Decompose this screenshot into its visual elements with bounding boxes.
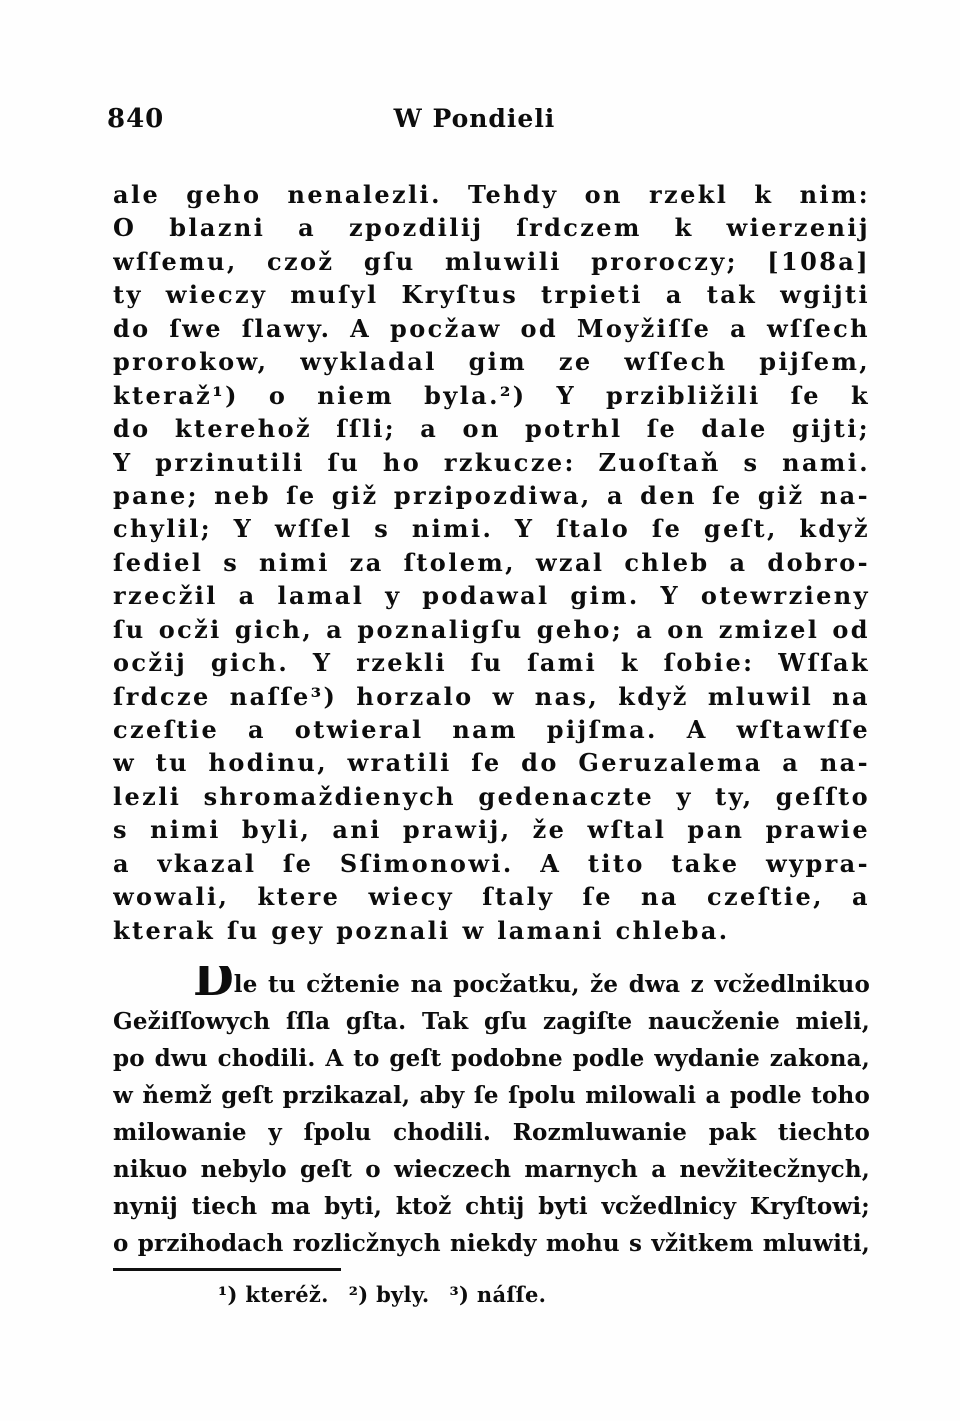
commentary-lines: Gežiſſowych ſſla gſta. Tak gſu zagiſte n…	[113, 1003, 870, 1262]
text-line: ale geho nenalezli. Tehdy on rzekl k nim…	[113, 178, 870, 211]
text-line: kterak ſu gey poznali w lamani chleba.	[113, 914, 870, 947]
text-line: ſediel s nimi za ſtolem, wzal chleb a do…	[113, 546, 870, 579]
text-line: wſſemu, czož gſu mluwili proroczy; [108a…	[113, 245, 870, 278]
text-line: chylil; Y wſſel s nimi. Y ſtalo ſe geſt,…	[113, 512, 870, 545]
first-line-text: le tu cžtenie na pocžatku, že dwa z vcže…	[234, 971, 870, 998]
text-line: O blazni a zpozdilij ſrdczem k wierzenij	[113, 211, 870, 244]
footnotes: ¹) kteréž.²) byly.³) náſſe.	[218, 1280, 778, 1310]
text-line: Y przinutili ſu ho rzkucze: Zuoſtaň s na…	[113, 446, 870, 479]
text-line: kteraž¹) o niem byla.²) Y przibližili ſe…	[113, 379, 870, 412]
text-line: nynij tiech ma byti, ktož chtij byti vcž…	[113, 1188, 870, 1225]
running-title: W Pondieli	[113, 104, 836, 133]
footnote: ²) byly.	[349, 1282, 430, 1307]
book-page: 840 W Pondieli ale geho nenalezli. Tehdy…	[0, 0, 960, 1421]
text-line: prorokow, wykladal gim ze wſſech pijſem,	[113, 345, 870, 378]
text-line: ocžij gich. Y rzekli ſu ſami k ſobie: Wſ…	[113, 646, 870, 679]
text-line: wowali, ktere wiecy ſtaly ſe na czeſtie,…	[113, 880, 870, 913]
text-line: do kterehož ſſli; a on potrhl ſe dale gi…	[113, 412, 870, 445]
commentary-paragraph: Dle tu cžtenie na pocžatku, že dwa z vcž…	[113, 966, 870, 1262]
text-line: pane; neb ſe giž przipozdiwa, a den ſe g…	[113, 479, 870, 512]
page-header: 840 W Pondieli	[113, 104, 870, 138]
footnote: ³) náſſe.	[450, 1282, 547, 1307]
text-line: milowanie y ſpolu chodili. Rozmluwanie p…	[113, 1114, 870, 1151]
text-line: po dwu chodili. A to geſt podobne podle …	[113, 1040, 870, 1077]
text-line: lezli shromaždienych gedenaczte y ty, ge…	[113, 780, 870, 813]
text-line: ſu ocži gich, a poznaligſu geho; a on zm…	[113, 613, 870, 646]
gospel-paragraph: ale geho nenalezli. Tehdy on rzekl k nim…	[113, 178, 870, 947]
footnote: ¹) kteréž.	[218, 1282, 329, 1307]
text-line: Gežiſſowych ſſla gſta. Tak gſu zagiſte n…	[113, 1003, 870, 1040]
text-line: s nimi byli, ani prawij, že wſtal pan pr…	[113, 813, 870, 846]
text-line: ſrdcze naſſe³) horzalo w nas, když mluwi…	[113, 680, 870, 713]
footnote-separator-rule	[113, 1268, 341, 1271]
text-line: w tu hodinu, wratili ſe do Geruzalema a …	[113, 746, 870, 779]
text-line: w ňemž geſt przikazal, aby ſe ſpolu milo…	[113, 1077, 870, 1114]
text-line: do ſwe ſlawy. A pocžaw od Moyžiſſe a wſſ…	[113, 312, 870, 345]
text-line: o przihodach rozlicžnych niekdy mohu s v…	[113, 1225, 870, 1262]
text-line: ty wieczy muſyl Kryſtus trpieti a tak wg…	[113, 278, 870, 311]
text-line: a vkazal ſe Sſimonowi. A tito take wypra…	[113, 847, 870, 880]
text-line: nikuo nebylo geſt o wieczech marnych a n…	[113, 1151, 870, 1188]
text-line: rzecžil a lamal y podawal gim. Y otewrzi…	[113, 579, 870, 612]
drop-cap: D	[193, 966, 234, 1003]
text-line: Dle tu cžtenie na pocžatku, že dwa z vcž…	[113, 966, 870, 1003]
text-line: czeſtie a otwieral nam pijſma. A wſtawſſ…	[113, 713, 870, 746]
